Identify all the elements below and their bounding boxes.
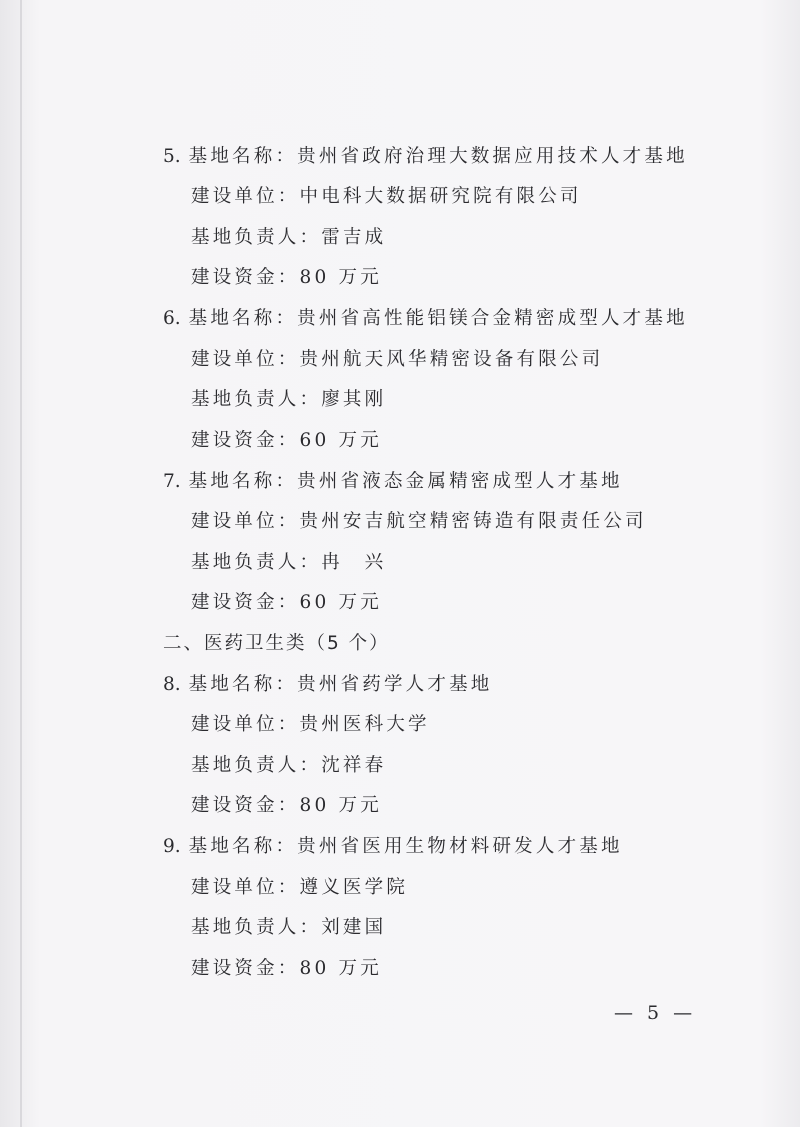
entry-number: 7. <box>163 471 181 492</box>
base-name: 贵州省高性能铝镁合金精密成型人才基地 <box>297 308 688 329</box>
unit-label: 建设单位： <box>191 186 300 207</box>
name-label: 基地名称： <box>189 146 298 167</box>
unit-label: 建设单位： <box>191 714 300 735</box>
fund-label: 建设资金： <box>191 958 300 979</box>
name-label: 基地名称： <box>189 308 298 329</box>
document-page: 5.基地名称：贵州省政府治理大数据应用技术人才基地 建设单位：中电科大数据研究院… <box>0 0 800 1127</box>
unit-value: 遵义医学院 <box>300 877 409 898</box>
base-name: 贵州省政府治理大数据应用技术人才基地 <box>297 146 688 167</box>
fund-label: 建设资金： <box>191 267 300 288</box>
entry-6-unit-line: 建设单位：贵州航天风华精密设备有限公司 <box>191 345 603 371</box>
entry-5-unit-line: 建设单位：中电科大数据研究院有限公司 <box>191 182 582 208</box>
entry-6-fund-line: 建设资金：60 万元 <box>191 426 382 452</box>
fund-value: 60 万元 <box>300 430 382 451</box>
section-heading: 二、医药卫生类（5 个） <box>163 629 390 655</box>
entry-number: 5. <box>163 146 181 167</box>
fund-value: 60 万元 <box>300 592 382 613</box>
fund-label: 建设资金： <box>191 795 300 816</box>
entry-8-unit-line: 建设单位：贵州医科大学 <box>191 710 430 736</box>
entry-9-name-line: 9.基地名称：贵州省医用生物材料研发人才基地 <box>163 832 623 858</box>
entry-9-unit-line: 建设单位：遵义医学院 <box>191 873 408 899</box>
base-name: 贵州省医用生物材料研发人才基地 <box>297 836 623 857</box>
entry-number: 6. <box>163 308 181 329</box>
name-label: 基地名称： <box>189 674 298 695</box>
unit-label: 建设单位： <box>191 877 300 898</box>
base-name: 贵州省液态金属精密成型人才基地 <box>297 471 623 492</box>
leader-value: 廖其刚 <box>321 389 386 410</box>
unit-label: 建设单位： <box>191 349 300 370</box>
leader-value: 刘建国 <box>321 917 386 938</box>
fund-label: 建设资金： <box>191 430 300 451</box>
entry-8-leader-line: 基地负责人：沈祥春 <box>191 751 386 777</box>
leader-label: 基地负责人： <box>191 755 321 776</box>
entry-9-leader-line: 基地负责人：刘建国 <box>191 913 386 939</box>
leader-value: 冉 兴 <box>321 552 386 573</box>
unit-value: 中电科大数据研究院有限公司 <box>300 186 582 207</box>
unit-value: 贵州航天风华精密设备有限公司 <box>300 349 604 370</box>
base-name: 贵州省药学人才基地 <box>297 674 492 695</box>
unit-value: 贵州安吉航空精密铸造有限责任公司 <box>300 511 647 532</box>
entry-9-fund-line: 建设资金：80 万元 <box>191 954 382 980</box>
entry-5-name-line: 5.基地名称：贵州省政府治理大数据应用技术人才基地 <box>163 142 688 168</box>
entry-7-name-line: 7.基地名称：贵州省液态金属精密成型人才基地 <box>163 467 623 493</box>
entry-7-unit-line: 建设单位：贵州安吉航空精密铸造有限责任公司 <box>191 507 647 533</box>
fund-label: 建设资金： <box>191 592 300 613</box>
fund-value: 80 万元 <box>300 267 382 288</box>
fund-value: 80 万元 <box>300 795 382 816</box>
entry-6-leader-line: 基地负责人：廖其刚 <box>191 385 386 411</box>
leader-label: 基地负责人： <box>191 917 321 938</box>
unit-value: 贵州医科大学 <box>300 714 430 735</box>
leader-label: 基地负责人： <box>191 552 321 573</box>
leader-label: 基地负责人： <box>191 389 321 410</box>
entry-5-fund-line: 建设资金：80 万元 <box>191 263 382 289</box>
fund-value: 80 万元 <box>300 958 382 979</box>
name-label: 基地名称： <box>189 471 298 492</box>
leader-label: 基地负责人： <box>191 227 321 248</box>
name-label: 基地名称： <box>189 836 298 857</box>
entry-8-name-line: 8.基地名称：贵州省药学人才基地 <box>163 670 492 696</box>
entry-5-leader-line: 基地负责人：雷吉成 <box>191 223 386 249</box>
entry-7-leader-line: 基地负责人：冉 兴 <box>191 548 386 574</box>
leader-value: 沈祥春 <box>321 755 386 776</box>
leader-value: 雷吉成 <box>321 227 386 248</box>
page-number: — 5 — <box>614 1002 696 1024</box>
entry-6-name-line: 6.基地名称：贵州省高性能铝镁合金精密成型人才基地 <box>163 304 688 330</box>
entry-number: 9. <box>163 836 181 857</box>
entry-7-fund-line: 建设资金：60 万元 <box>191 588 382 614</box>
unit-label: 建设单位： <box>191 511 300 532</box>
entry-number: 8. <box>163 674 181 695</box>
entry-8-fund-line: 建设资金：80 万元 <box>191 791 382 817</box>
page-edge <box>20 0 22 1127</box>
